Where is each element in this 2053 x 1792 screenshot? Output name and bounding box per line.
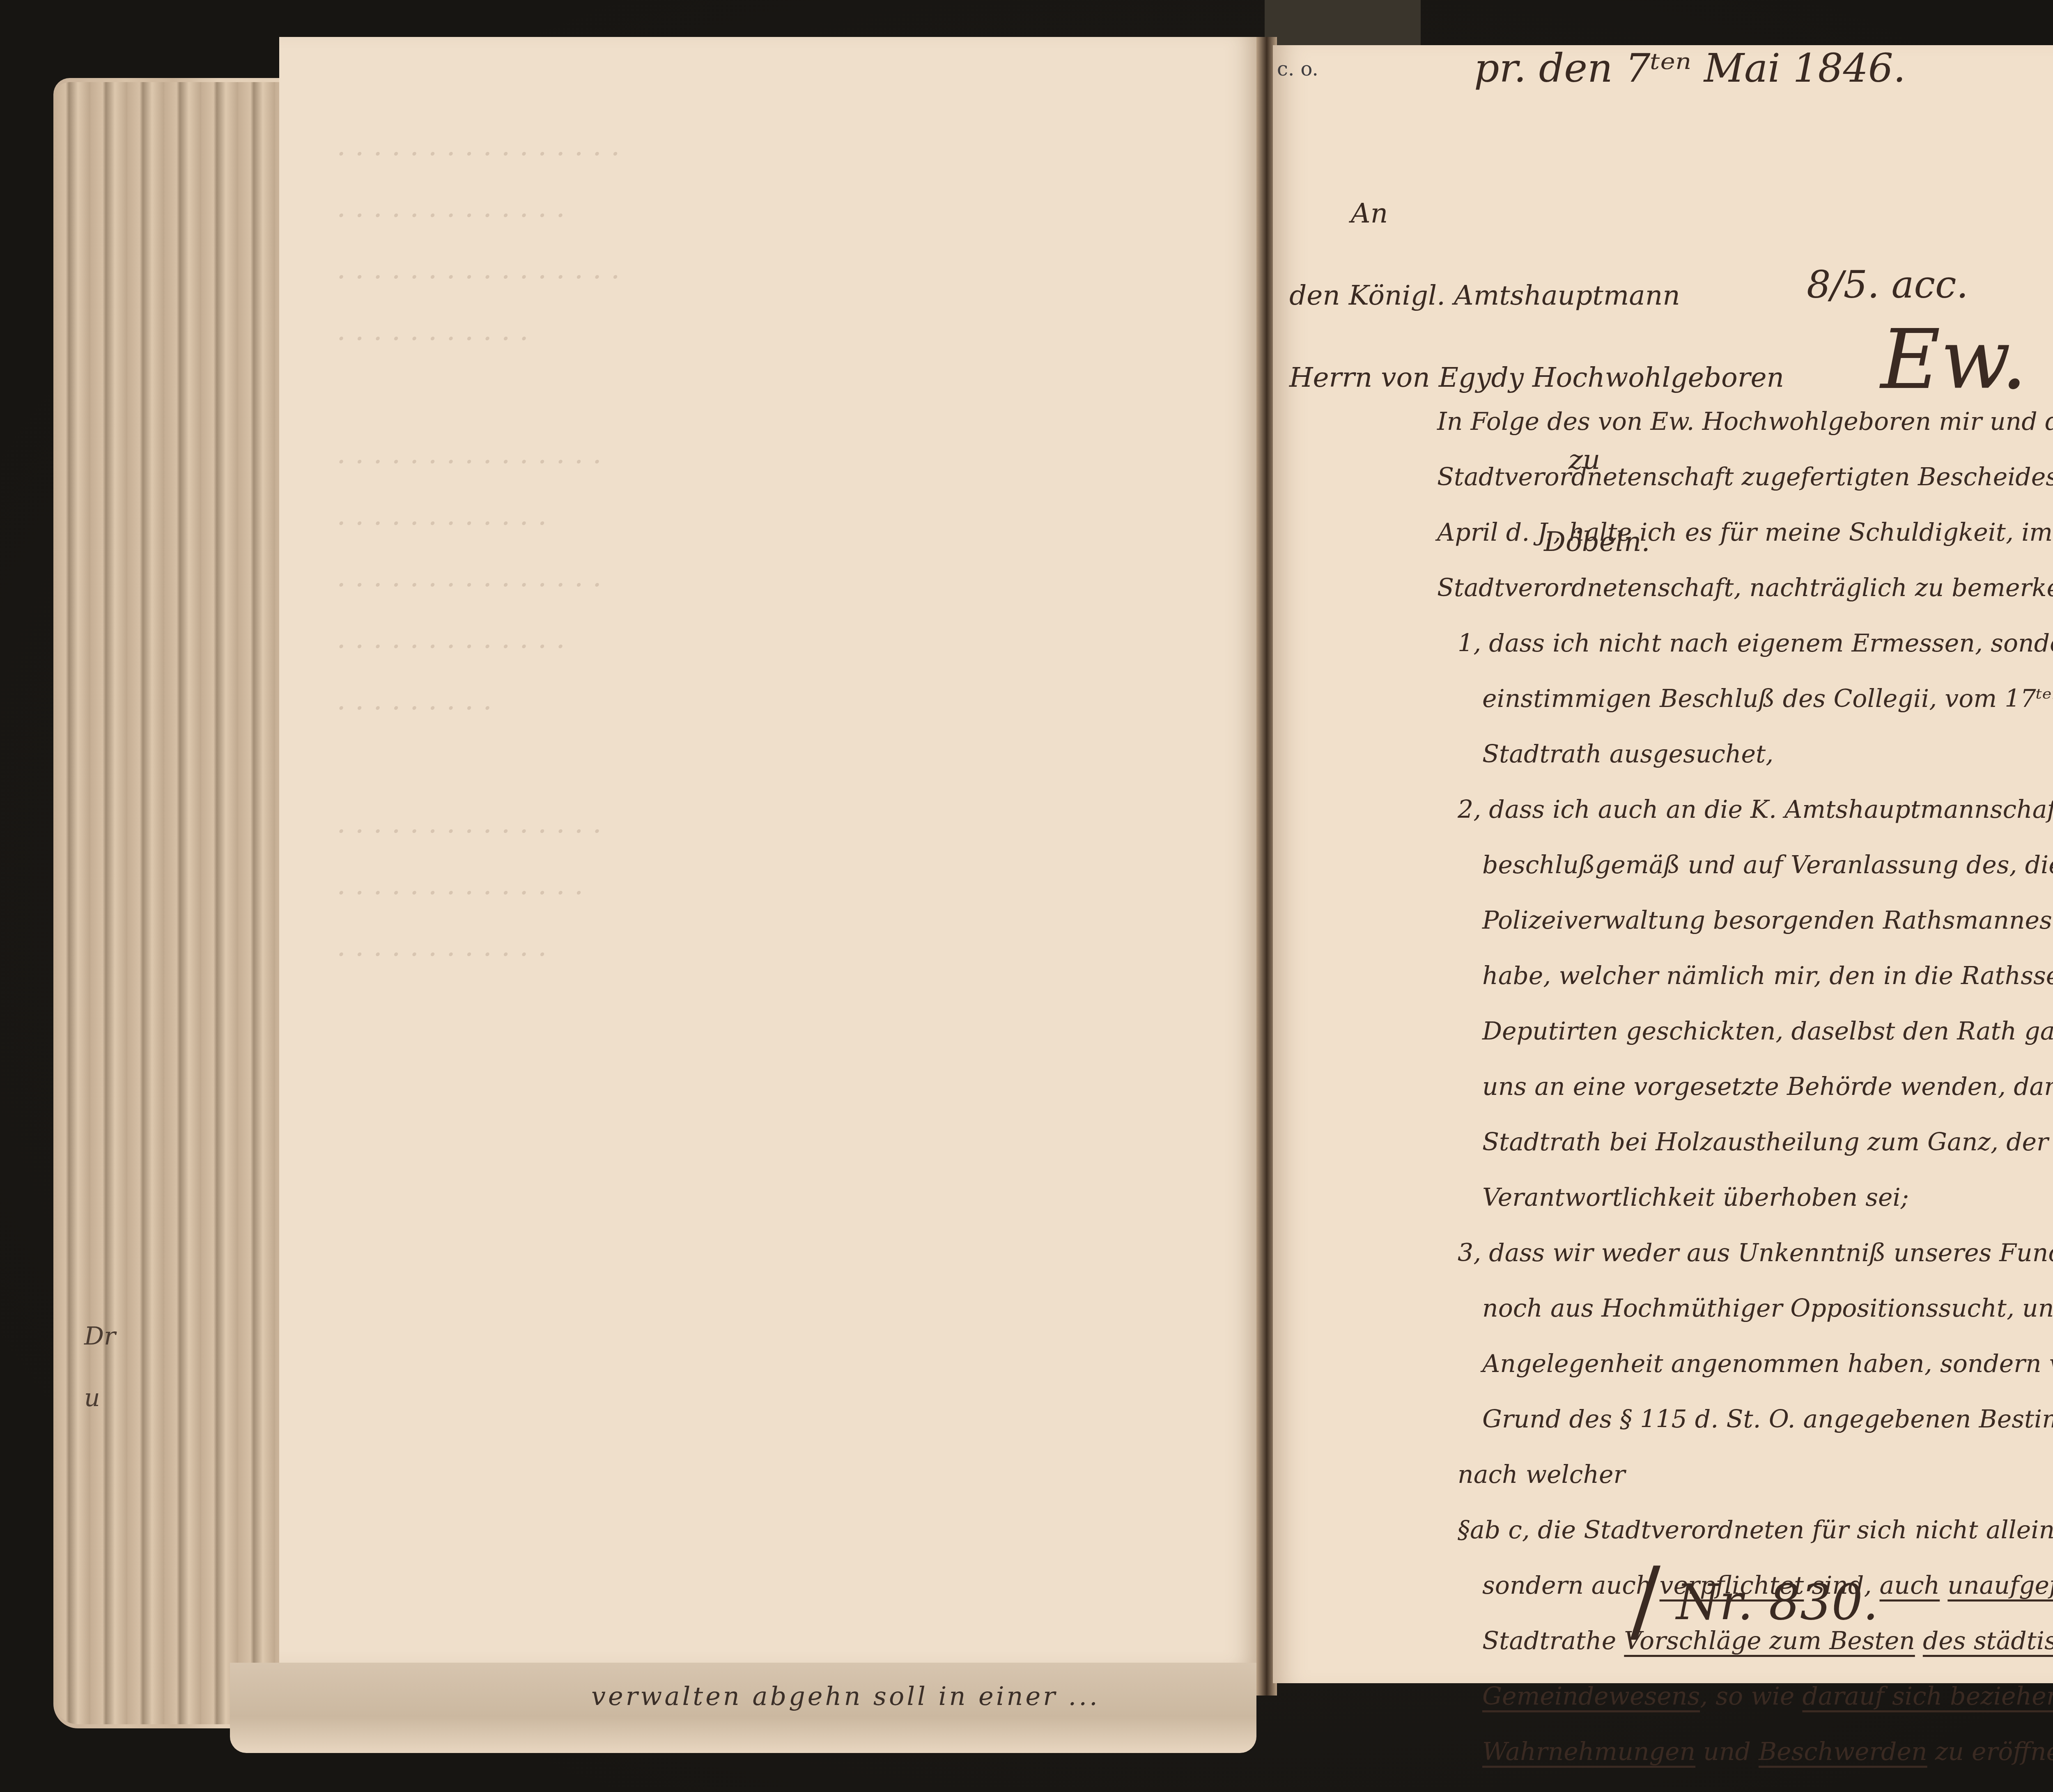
underlined-text: Beschwerden (1759, 1737, 1927, 1766)
list-item: 2, dass ich auch an die K. Amtshauptmann… (1437, 782, 2053, 1225)
address-line: den Königl. Amtshauptmann (1289, 255, 1784, 337)
salutation: Ew. (1881, 312, 2027, 408)
list-item: 1, dass ich nicht nach eigenem Ermessen,… (1437, 616, 2053, 782)
underlined-text: unaufgefordert (1947, 1571, 2053, 1600)
margin-note: Dr u (84, 1306, 116, 1429)
clause-intro: nach welcher (1437, 1447, 2053, 1503)
item-number: 2, (1458, 795, 1481, 824)
item-text: dass wir weder aus Unkenntniß unseres Fu… (1482, 1239, 2053, 1434)
clause-text: zu eröffnen u. s. w. (1927, 1737, 2053, 1766)
document-number-text: Nr. 830. (1676, 1574, 1878, 1631)
item-text: dass ich nicht nach eigenem Ermessen, so… (1482, 629, 2053, 769)
item-number: 1, (1458, 629, 1481, 658)
margin-note-line: Dr (84, 1306, 116, 1367)
underlined-text: auch (1880, 1571, 1940, 1600)
bottom-stray-line: verwalten abgehn soll in einer ... (591, 1681, 1100, 1711)
clause-text: , so wie (1700, 1682, 1802, 1711)
received-date: pr. den 7ᵗᵉⁿ Mai 1846. (1474, 45, 1906, 91)
document-number: / Nr. 830. (1630, 1548, 1878, 1653)
corner-mark: c. o. (1277, 57, 1318, 80)
clause-text: und (1695, 1737, 1759, 1766)
flourish-stroke: / (1630, 1548, 1660, 1653)
torn-page-edges-left (53, 82, 283, 1724)
intro-paragraph: In Folge des von Ew. Hochwohlgeboren mir… (1437, 394, 2053, 616)
acc-mark: 8/5. acc. (1807, 263, 1968, 307)
item-number: 3, (1458, 1239, 1481, 1267)
margin-note-line: u (84, 1367, 116, 1429)
clause-text (1940, 1571, 1947, 1600)
bleed-through-text: · · · · · · · · · · · · · · · · · · · · … (337, 123, 1199, 1601)
list-item: 3, dass wir weder aus Unkenntniß unseres… (1437, 1225, 2053, 1447)
item-text: dass ich auch an die K. Amtshauptmannsch… (1482, 795, 2053, 1212)
address-line: An (1351, 172, 1784, 255)
clause-text (1915, 1627, 1923, 1655)
